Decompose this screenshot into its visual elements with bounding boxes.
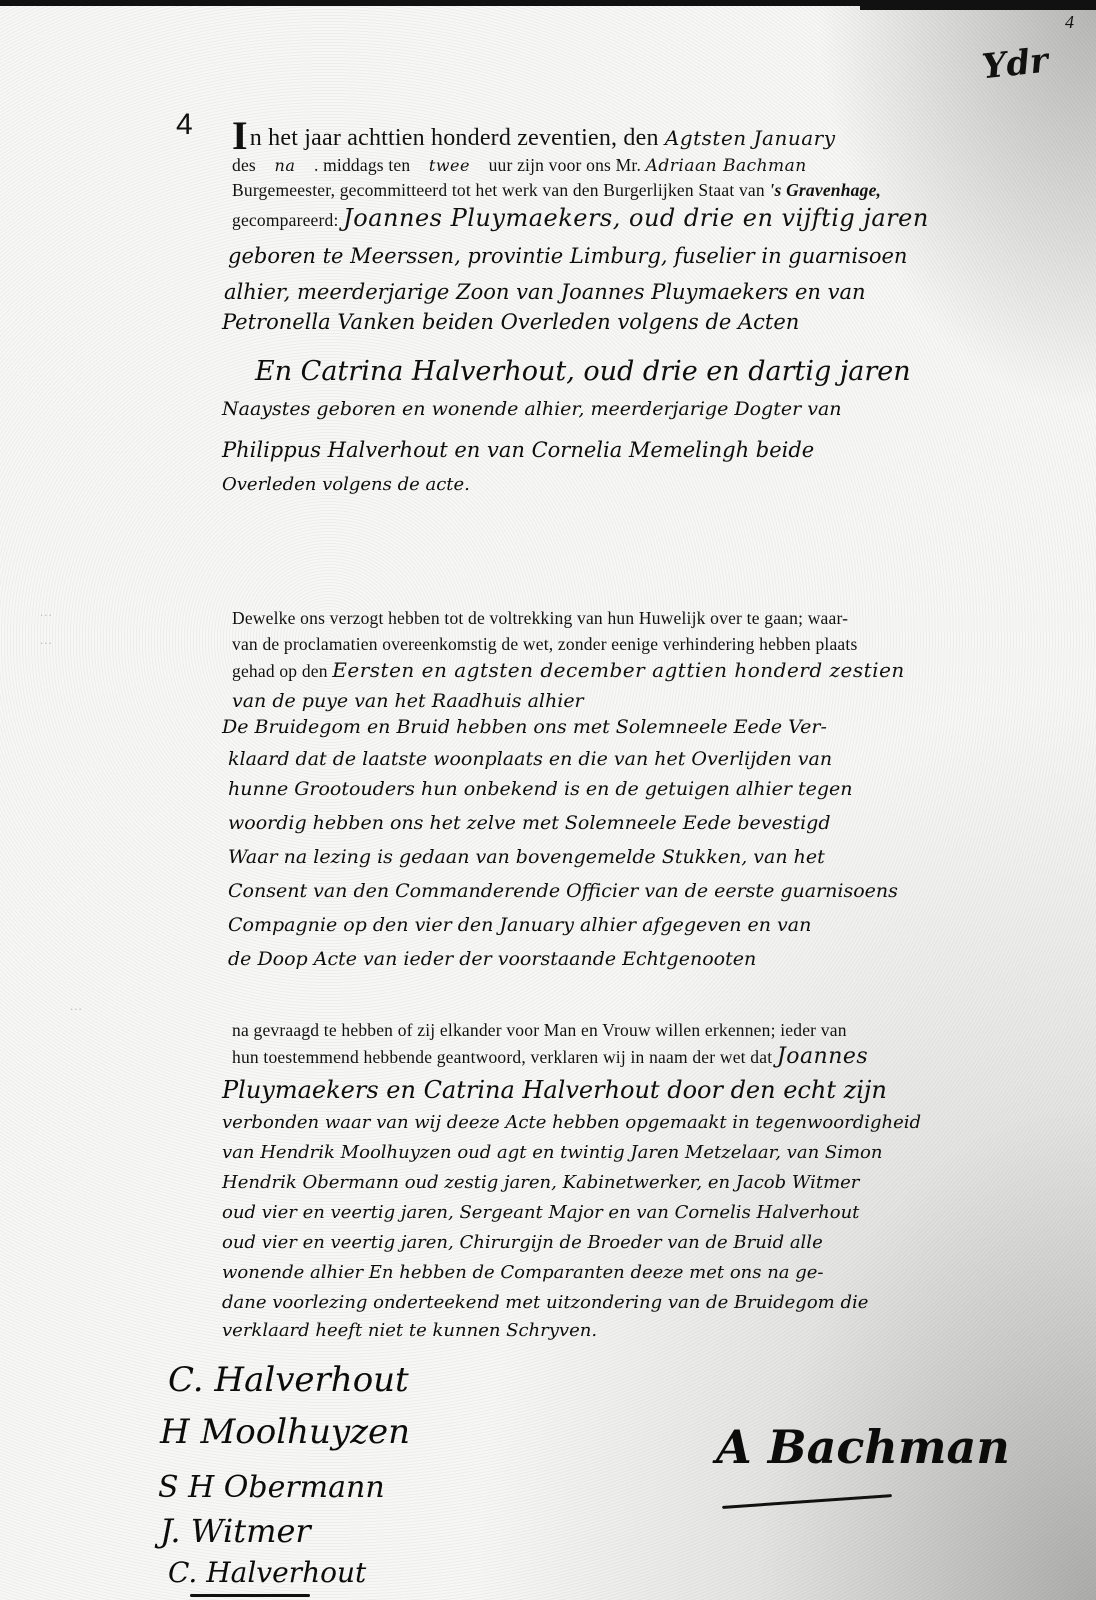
bride-line-4: Overleden volgens de acte.	[222, 474, 470, 495]
intro-printed-2c: uur zijn voor ons Mr.	[489, 155, 641, 175]
declaration-hand-line-2: verbonden waar van wij deeze Acte hebben…	[222, 1112, 921, 1133]
proclamation-hand-line-7: Consent van den Commanderende Officier v…	[228, 880, 898, 902]
groom-line-3: alhier, meerderjarige Zoon van Joannes P…	[224, 280, 865, 304]
declaration-printed-2: hun toestemmend hebbende geantwoord, ver…	[232, 1047, 772, 1067]
scan-top-border-right	[860, 0, 1096, 10]
drop-cap: I	[232, 113, 248, 158]
margin-ghost-note-1: ...	[40, 604, 53, 620]
proclamation-hand-dates: Eersten en agtsten december agttien hond…	[332, 658, 905, 682]
groom-line-2: geboren te Meerssen, provintie Limburg, …	[228, 244, 907, 268]
proclamation-hand-line-5: woordig hebben ons het zelve met Solemne…	[228, 812, 831, 834]
declaration-hand-line-3: van Hendrik Moolhuyzen oud agt en twinti…	[222, 1142, 882, 1163]
hand-official-name: Adriaan Bachman	[646, 156, 807, 176]
bride-line-1: En Catrina Halverhout, oud drie en darti…	[255, 356, 911, 387]
signature-witness-3: S H Obermann	[158, 1470, 385, 1505]
declaration-hand-line-1: Pluymaekers en Catrina Halverhout door d…	[222, 1076, 887, 1104]
signature-witness-2: H Moolhuyzen	[160, 1412, 410, 1452]
intro-line-3: Burgemeester, gecommitteerd tot het werk…	[232, 180, 881, 201]
intro-printed-3: Burgemeester, gecommitteerd tot het werk…	[232, 180, 765, 200]
proclamation-hand-line-4: hunne Grootouders hun onbekend is en de …	[228, 778, 852, 800]
hand-part-of-day: na	[275, 156, 296, 175]
groom-line-4: Petronella Vanken beiden Overleden volge…	[222, 310, 799, 334]
signature-official: A Bachman	[716, 1420, 1010, 1474]
proclamation-hand-line-8: Compagnie op den vier den January alhier…	[228, 914, 811, 936]
folio-number: 4	[1065, 12, 1074, 33]
signature-witness-1: C. Halverhout	[168, 1360, 409, 1400]
proclamation-hand-line-9: de Doop Acte van ieder der voorstaande E…	[228, 948, 756, 970]
margin-ghost-note-2: ...	[40, 632, 53, 648]
proclamation-line-3: gehad op den Eersten en agtsten december…	[232, 658, 905, 682]
intro-line-1: In het jaar achttien honderd zeventien, …	[232, 112, 836, 159]
civil-registry-page: 4 Ydr 4 In het jaar achttien honderd zev…	[0, 0, 1096, 1600]
proclamation-hand-line-6: Waar na lezing is gedaan van bovengemeld…	[228, 846, 825, 868]
bride-line-3: Philippus Halverhout en van Cornelia Mem…	[222, 438, 814, 462]
intro-line-4: gecompareerd: Joannes Pluymaekers, oud d…	[232, 204, 929, 232]
proclamation-printed-3: gehad op den	[232, 661, 328, 681]
declaration-printed-1: na gevraagd te hebben of zij elkander vo…	[232, 1020, 847, 1041]
declaration-hand-name: Joannes	[777, 1044, 868, 1069]
intro-printed-2a: des	[232, 155, 256, 175]
proclamation-hand-line-2: De Bruidegom en Bruid hebben ons met Sol…	[222, 716, 827, 738]
declaration-hand-line-5: oud vier en veertig jaren, Sergeant Majo…	[222, 1202, 859, 1223]
declaration-hand-line-8: dane voorlezing onderteekend met uitzond…	[222, 1292, 868, 1313]
hand-date: Agtsten January	[665, 126, 836, 150]
intro-printed-1: n het jaar achttien honderd zeventien, d…	[250, 125, 659, 151]
groom-line-1: Joannes Pluymaekers, oud drie en vijftig…	[343, 204, 929, 232]
declaration-hand-line-7: wonende alhier En hebben de Comparanten …	[222, 1262, 824, 1283]
declaration-line-2: hun toestemmend hebbende geantwoord, ver…	[232, 1044, 868, 1069]
margin-ghost-note-3: ...	[70, 998, 83, 1014]
intro-line-2: des na . middags ten twee uur zijn voor …	[232, 155, 807, 176]
clerk-initials: Ydr	[980, 41, 1050, 88]
proclamation-printed-1: Dewelke ons verzogt hebben tot de voltre…	[232, 608, 848, 629]
intro-printed-4: gecompareerd:	[232, 210, 339, 230]
signature-witness-4: J. Witmer	[160, 1512, 311, 1550]
intro-city: 's Gravenhage,	[769, 180, 881, 200]
signature-underline-witness	[190, 1594, 310, 1597]
hand-hour: twee	[429, 156, 470, 175]
bride-line-2: Naaystes geboren en wonende alhier, meer…	[222, 398, 842, 420]
intro-printed-2b: . middags ten	[314, 155, 410, 175]
declaration-hand-line-4: Hendrik Obermann oud zestig jaren, Kabin…	[222, 1172, 859, 1193]
proclamation-hand-line-1: van de puye van het Raadhuis alhier	[232, 690, 584, 712]
proclamation-hand-line-3: klaard dat de laatste woonplaats en die …	[228, 748, 832, 770]
proclamation-printed-2: van de proclamatien overeenkomstig de we…	[232, 634, 857, 655]
entry-number: 4	[176, 108, 193, 142]
declaration-hand-line-6: oud vier en veertig jaren, Chirurgijn de…	[222, 1232, 823, 1253]
signature-witness-5: C. Halverhout	[168, 1556, 366, 1589]
signature-official-flourish	[722, 1494, 892, 1509]
declaration-hand-line-9: verklaard heeft niet te kunnen Schryven.	[222, 1320, 597, 1341]
